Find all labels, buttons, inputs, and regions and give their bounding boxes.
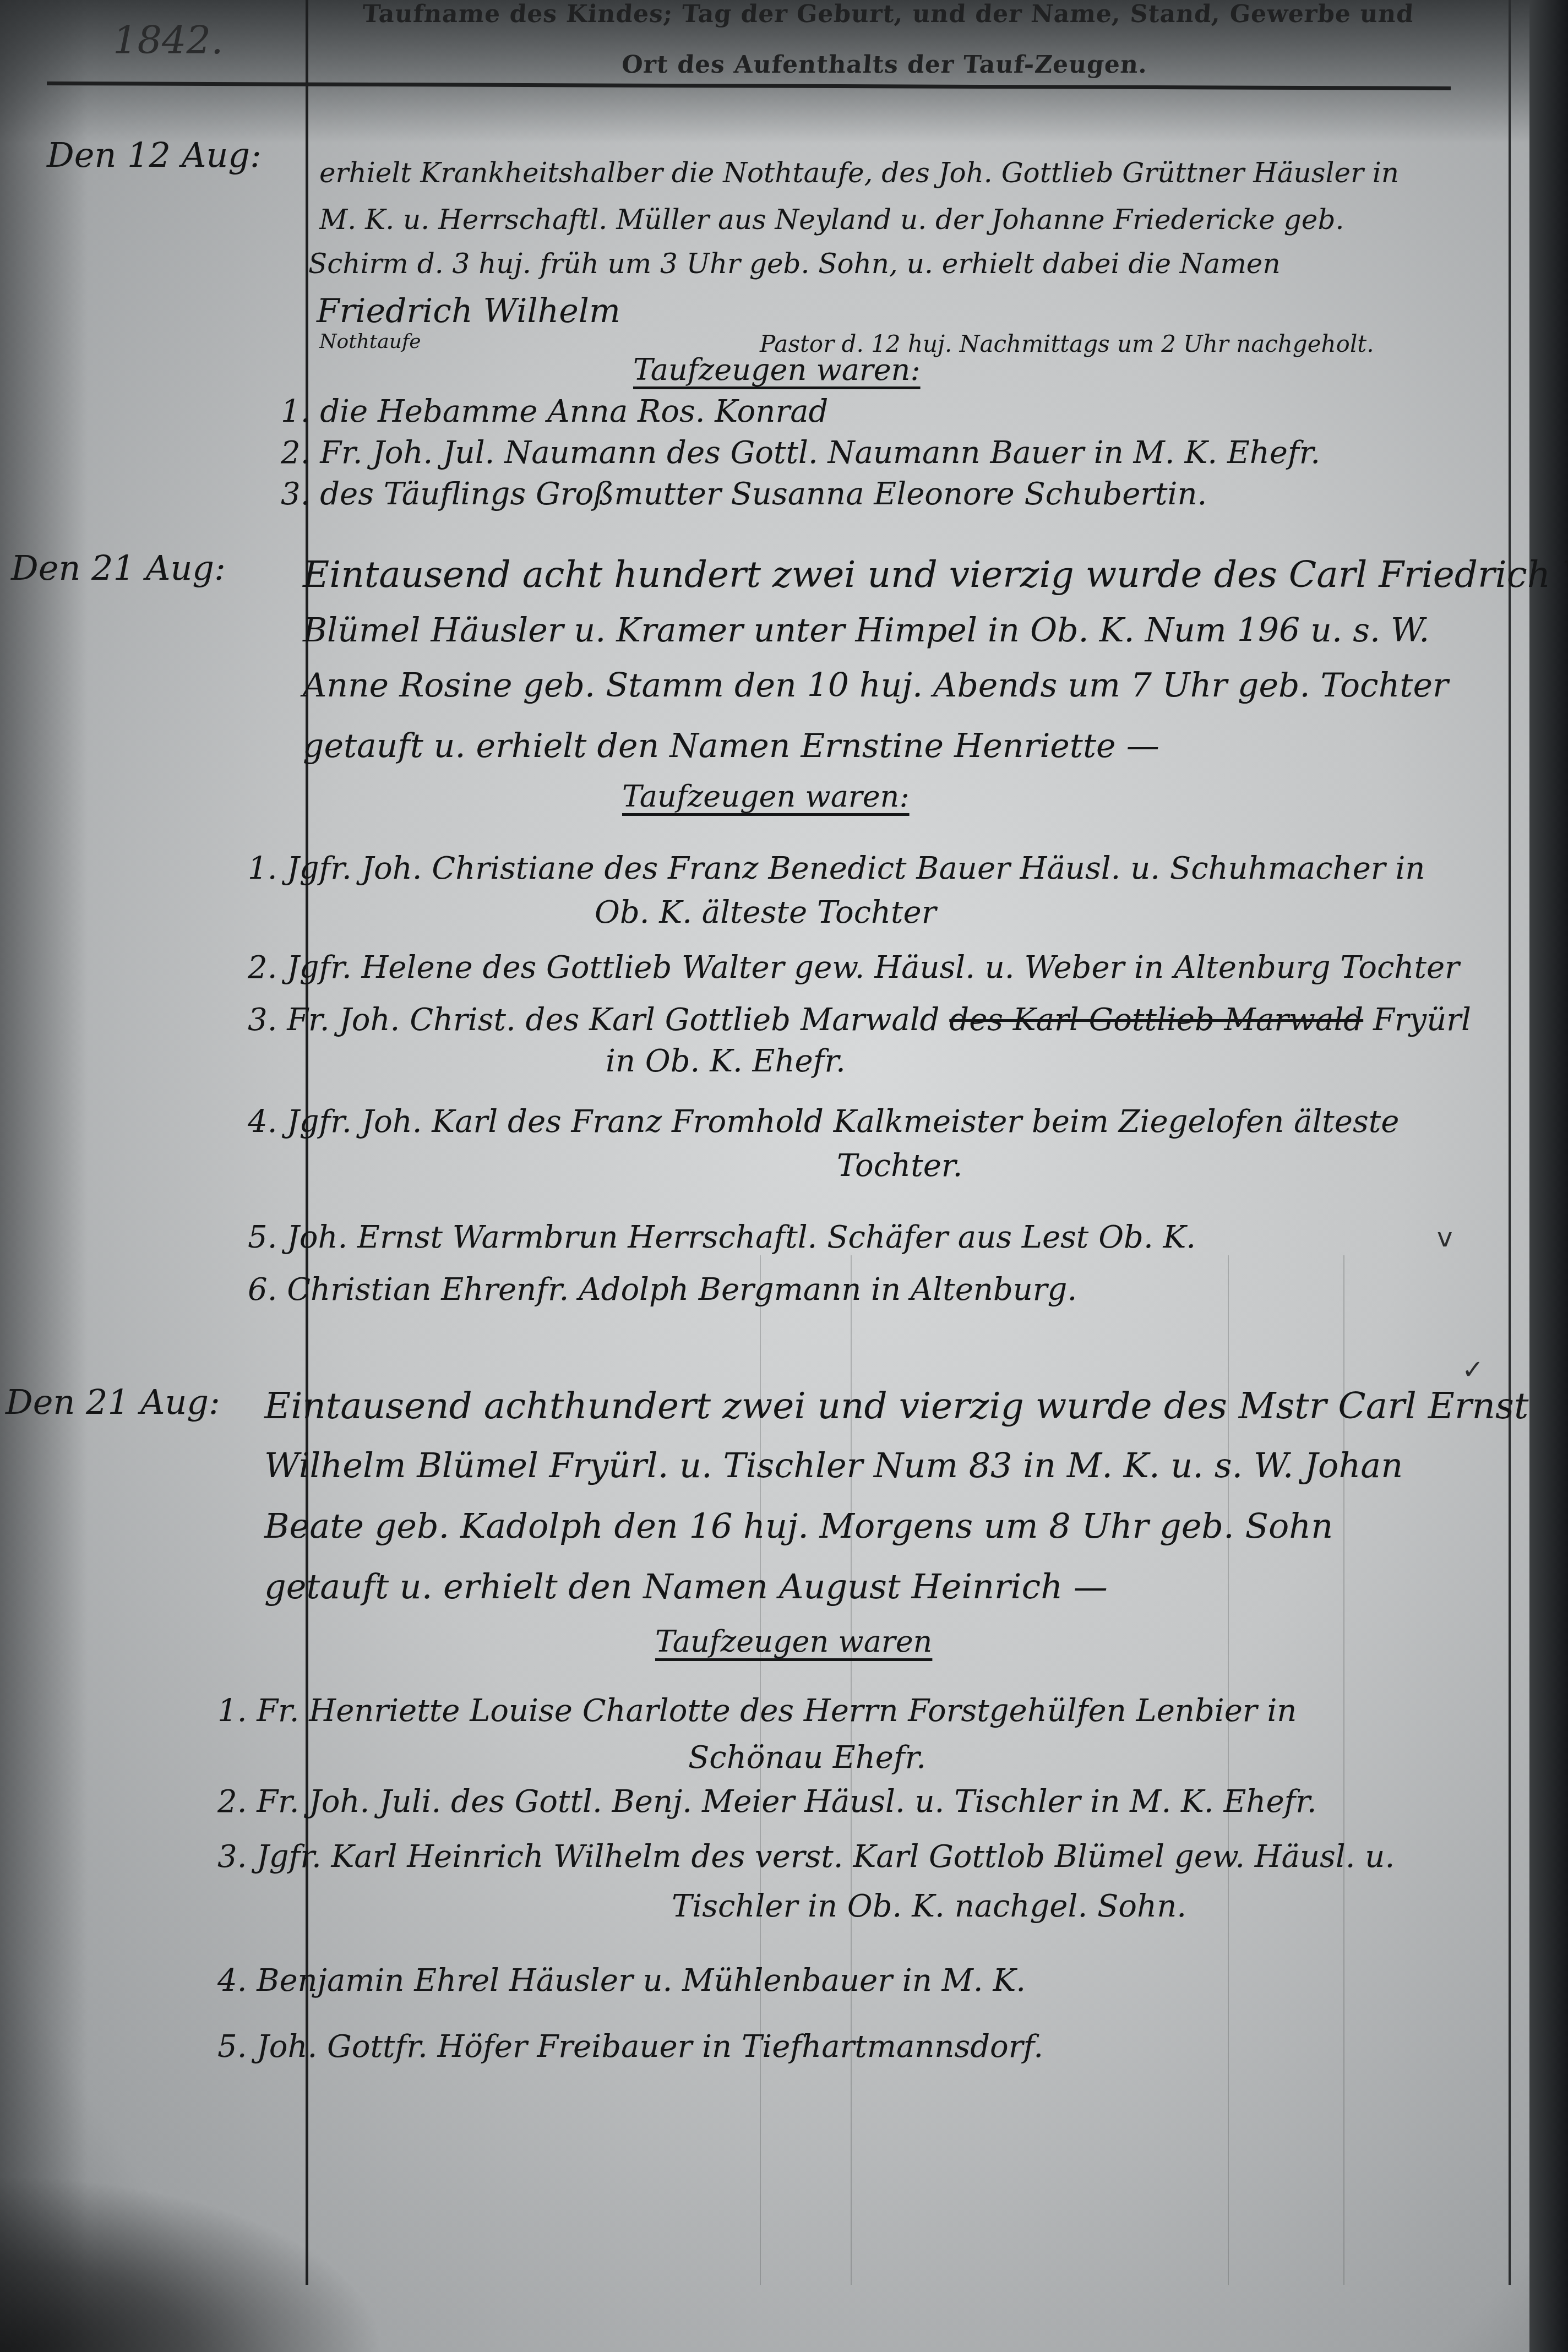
entry-2-witness: 6. Christian Ehrenfr. Adolph Bergmann in… [248,1272,1077,1308]
entry-2-witness: 1. Jgfr. Joh. Christiane des Franz Bened… [248,851,1425,886]
witness-text: Fryürl [1373,1002,1471,1038]
entry-1-witness: 3. des Täuflings Großmutter Susanna Eleo… [281,476,1207,512]
entry-1-witness: 1. die Hebamme Anna Ros. Konrad [281,394,828,429]
entry-3-witness: 1. Fr. Henriette Louise Charlotte des He… [217,1693,1297,1729]
witness-text: Fr. Joh. Jul. Naumann des Gottl. Naumann… [320,435,1320,471]
witness-number: 5. [248,1219,277,1255]
entry-1-line: Schirm d. 3 huj. früh um 3 Uhr geb. Sohn… [308,248,1281,280]
entry-1-note: Nothtaufe [319,330,421,353]
check-mark: v [1437,1222,1452,1253]
entry-3-witness: 3. Jgfr. Karl Heinrich Wilhelm des verst… [217,1839,1395,1875]
entry-2-witness: 5. Joh. Ernst Warmbrun Herrschaftl. Schä… [248,1219,1196,1255]
printed-header-line-2: Ort des Aufenthalts der Tauf-Zeugen. [327,40,1442,90]
entry-2-witness-cont: Tochter. [837,1148,962,1184]
witness-text: Jgfr. Karl Heinrich Wilhelm des verst. K… [257,1839,1395,1875]
witness-number: 3. [281,476,310,512]
entry-2-witness-cont: Ob. K. älteste Tochter [595,895,936,930]
entry-2-witness: 4. Jgfr. Joh. Karl des Franz Fromhold Ka… [248,1104,1399,1140]
witness-number: 1. [248,851,277,886]
entry-3-line: Beate geb. Kadolph den 16 huj. Morgens u… [264,1506,1333,1546]
witness-text: Jgfr. Joh. Christiane des Franz Benedict… [287,851,1425,886]
witness-text: Fr. Joh. Juli. des Gottl. Benj. Meier Hä… [257,1784,1316,1820]
page-shadow-bottom-left [0,2175,385,2352]
entry-2-witness-cont: in Ob. K. Ehefr. [606,1043,846,1079]
witness-text: Benjamin Ehrel Häusler u. Mühlenbauer in… [257,1963,1026,1999]
witness-text: Jgfr. Helene des Gottlieb Walter gew. Hä… [287,950,1460,986]
entry-1-witness-heading: Taufzeugen waren: [633,352,921,387]
witness-number: 3. [248,1002,277,1038]
witness-text: Joh. Ernst Warmbrun Herrschaftl. Schäfer… [287,1219,1196,1255]
entry-2-line: Eintausend acht hundert zwei und vierzig… [303,553,1568,596]
printed-header: Taufname des Kindes; Tag der Geburt, und… [327,0,1446,90]
entry-3-witness-cont: Schönau Ehefr. [688,1740,926,1776]
entry-3-line: Eintausend achthundert zwei und vierzig … [264,1385,1528,1427]
witness-number: 1. [217,1693,247,1729]
struck-text: des Karl Gottlieb Marwald [949,1002,1363,1038]
entry-2-witness-heading: Taufzeugen waren: [622,779,910,814]
entry-1-child-name: Friedrich Wilhelm [317,292,620,330]
entry-3-witness: 5. Joh. Gottfr. Höfer Freibauer in Tiefh… [217,2029,1043,2065]
witness-text: die Hebamme Anna Ros. Konrad [320,394,828,429]
witness-number: 2. [217,1784,247,1820]
entry-3-date: Den 21 Aug: [6,1382,220,1422]
printed-header-line-1: Taufname des Kindes; Tag der Geburt, und… [330,0,1446,40]
entry-3-witness-heading: Taufzeugen waren [655,1624,932,1659]
entry-1-line: M. K. u. Herrschaftl. Müller aus Neyland… [319,204,1344,236]
witness-text: Jgfr. Joh. Karl des Franz Fromhold Kalkm… [287,1104,1399,1140]
check-mark: ✓ [1462,1354,1484,1385]
witness-number: 1. [281,394,310,429]
witness-text: Joh. Gottfr. Höfer Freibauer in Tiefhart… [257,2029,1043,2065]
entry-1-witness: 2. Fr. Joh. Jul. Naumann des Gottl. Naum… [281,435,1320,471]
page-edge-right [1529,0,1568,2352]
entry-3-witness: 4. Benjamin Ehrel Häusler u. Mühlenbauer… [217,1963,1026,1999]
entry-2-line: Blümel Häusler u. Kramer unter Himpel in… [303,611,1429,650]
entry-3-line: getauft u. erhielt den Namen August Hein… [264,1566,1108,1607]
entry-2-line: getauft u. erhielt den Namen Ernstine He… [303,727,1159,765]
witness-number: 2. [248,950,277,986]
entry-3-line: Wilhelm Blümel Fryürl. u. Tischler Num 8… [264,1445,1403,1485]
witness-text: Christian Ehrenfr. Adolph Bergmann in Al… [287,1272,1077,1308]
witness-number: 2. [281,435,310,471]
entry-2-date: Den 21 Aug: [11,548,226,588]
witness-number: 3. [217,1839,247,1875]
entry-1-line: erhielt Krankheitshalber die Nothtaufe, … [319,157,1399,189]
witness-text: Fr. Joh. Christ. des Karl Gottlieb Marwa… [287,1002,939,1038]
entry-2-witness: 2. Jgfr. Helene des Gottlieb Walter gew.… [248,950,1460,986]
page-shadow-left [0,0,88,2352]
column-rule-right [1509,0,1511,2285]
register-year: 1842. [113,18,223,63]
witness-number: 4. [248,1104,277,1140]
column-rule-date [306,0,308,2285]
entry-2-line: Anne Rosine geb. Stamm den 10 huj. Abend… [303,666,1449,705]
witness-number: 5. [217,2029,247,2065]
witness-number: 6. [248,1272,277,1308]
witness-text: des Täuflings Großmutter Susanna Eleonor… [320,476,1207,512]
entry-3-witness-cont: Tischler in Ob. K. nachgel. Sohn. [672,1888,1186,1924]
entry-2-witness: 3. Fr. Joh. Christ. des Karl Gottlieb Ma… [248,1002,1471,1038]
witness-text: Fr. Henriette Louise Charlotte des Herrn… [257,1693,1297,1729]
witness-number: 4. [217,1963,247,1999]
entry-3-witness: 2. Fr. Joh. Juli. des Gottl. Benj. Meier… [217,1784,1317,1820]
register-page: 1842. Taufname des Kindes; Tag der Gebur… [0,0,1568,2352]
entry-1-date: Den 12 Aug: [47,135,262,175]
